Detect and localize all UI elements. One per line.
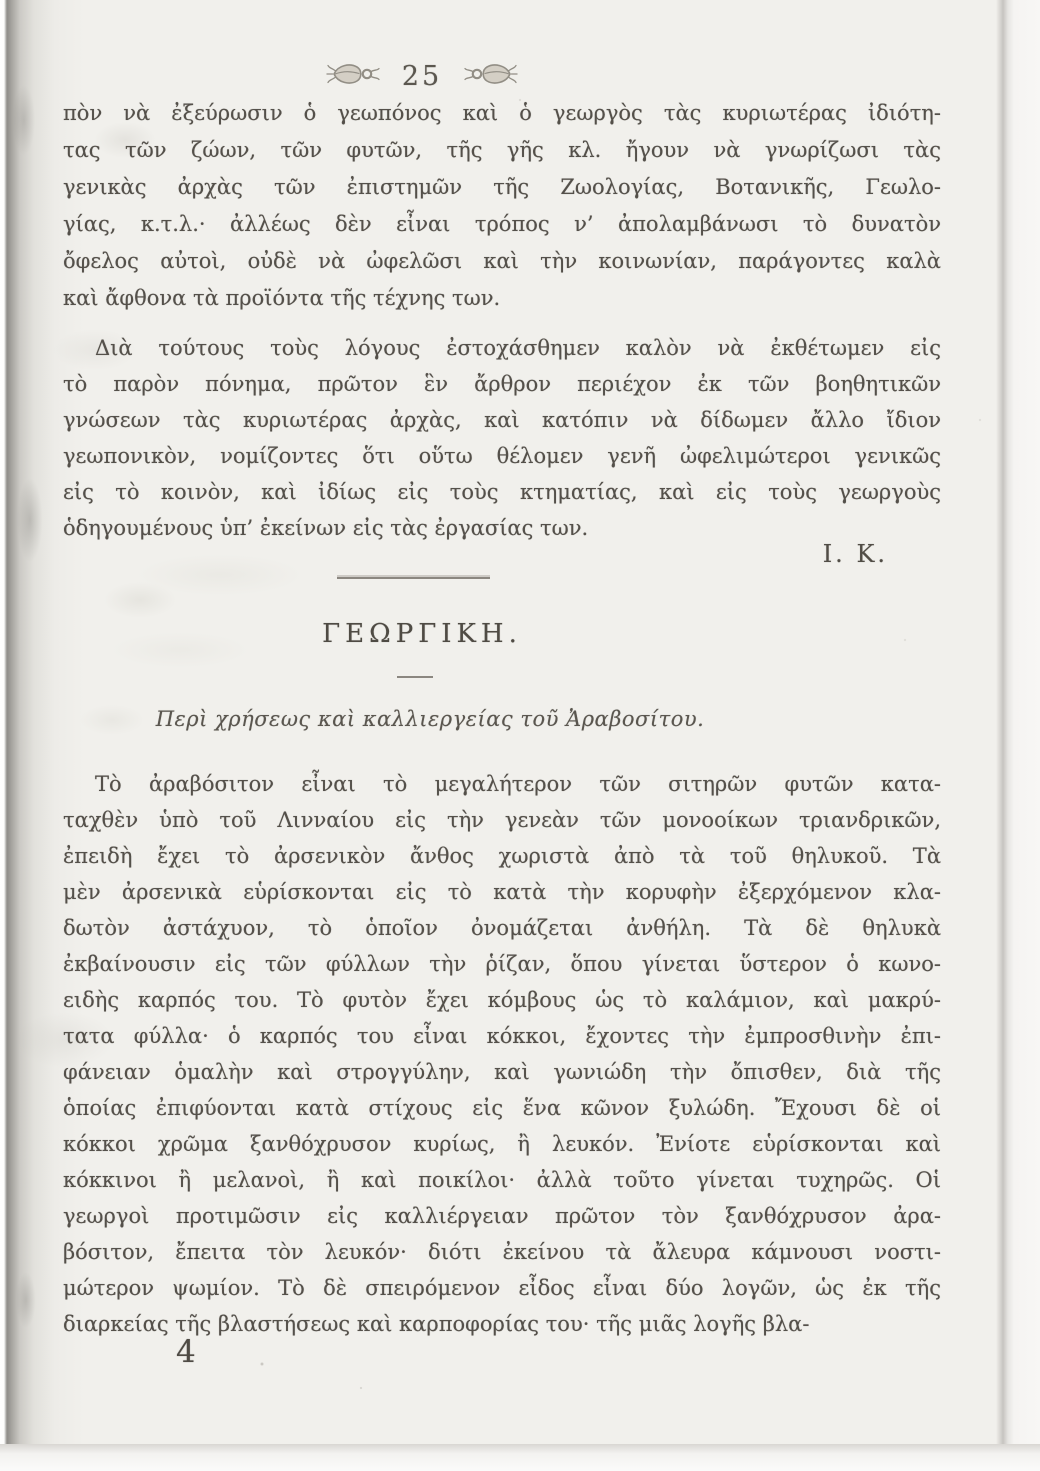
page-bottom-edge (0, 1444, 1040, 1471)
text-line: Τὸ ἀραβόσιτον εἶναι τὸ μεγαλήτερον τῶν σ… (63, 766, 941, 802)
text-line: γεωργοὶ προτιμῶσιν εἰς καλλιέργειαν πρῶτ… (63, 1198, 941, 1234)
text-line: γενικὰς ἀρχὰς τῶν ἐπιστημῶν τῆς Ζωολογία… (63, 169, 941, 206)
text-line: κόκκοι χρῶμα ξανθόχρυσον κυρίως, ἢ λευκό… (63, 1126, 941, 1162)
signature-mark: 4 (176, 1334, 196, 1370)
text-line: ειδὴς καρπός του. Τὸ φυτὸν ἔχει κόμβους … (63, 982, 941, 1018)
section-subtitle: Περὶ χρήσεως καὶ καλλιεργείας τοῦ Ἀραβοσ… (8, 702, 852, 736)
text-line: ἐκβαίνουσιν εἰς τῶν φύλλων τὴν ῥίζαν, ὅπ… (63, 946, 941, 982)
page-header: 25 (0, 54, 844, 98)
text-line: ἐπειδὴ ἔχει τὸ ἀρσενικὸν ἄνθος χωριστὰ ἀ… (63, 838, 941, 874)
text-line: ὁποίας ἐπιφύονται κατὰ στίχους εἰς ἕνα κ… (63, 1090, 941, 1126)
intro-paragraph-1: πὸν νὰ ἐξεύρωσιν ὁ γεωπόνος καὶ ὁ γεωργὸ… (63, 95, 941, 317)
intro-paragraph-2: Διὰ τούτους τοὺς λόγους ἐστοχάσθημεν καλ… (63, 330, 941, 546)
separator-rule (337, 577, 490, 579)
text-line: τατα φύλλα· ὁ καρπός του εἶναι κόκκοι, ἔ… (63, 1018, 941, 1054)
short-rule (397, 676, 433, 678)
text-line: κόκκινοι ἢ μελανοὶ, ἢ καὶ ποικίλοι· ἀλλὰ… (63, 1162, 941, 1198)
text-line: γνώσεων τὰς κυριωτέρας ἀρχὰς, καὶ κατόπι… (63, 402, 941, 438)
text-line: καὶ ἄφθονα τὰ προϊόντα τῆς τέχνης των. (63, 280, 941, 317)
fleuron-icon (464, 60, 518, 92)
text-line: ὁδηγουμένους ὑπ’ ἐκείνων εἰς τὰς ἐργασία… (63, 510, 941, 546)
text-line: γίας, κ.τ.λ.· ἀλλέως δὲν εἶναι τρόπος ν’… (63, 206, 941, 243)
text-line: τας τῶν ζώων, τῶν φυτῶν, τῆς γῆς κλ. ἤγο… (63, 132, 941, 169)
scanned-book-page: 25 πὸν νὰ ἐξεύρωσιν ὁ γεωπόνος καὶ ὁ γεω… (0, 0, 1040, 1471)
fleuron-icon (326, 60, 380, 92)
text-line: Διὰ τούτους τοὺς λόγους ἐστοχάσθημεν καλ… (63, 330, 941, 366)
text-line: μώτερον ψωμίον. Τὸ δὲ σπειρόμενον εἶδος … (63, 1270, 941, 1306)
article-paragraph-1: Τὸ ἀραβόσιτον εἶναι τὸ μεγαλήτερον τῶν σ… (63, 766, 941, 1342)
text-line: ταχθὲν ὑπὸ τοῦ Λινναίου εἰς τὴν γενεὰν τ… (63, 802, 941, 838)
text-line: μὲν ἀρσενικὰ εὑρίσκονται εἰς τὸ κατὰ τὴν… (63, 874, 941, 910)
text-line: γεωπονικὸν, νομίζοντες ὅτι οὕτω θέλομεν … (63, 438, 941, 474)
text-line: ὄφελος αὐτοὶ, οὐδὲ νὰ ὠφελῶσι καὶ τὴν κο… (63, 243, 941, 280)
page-number: 25 (402, 61, 442, 92)
author-initials: Ι. Κ. (823, 540, 888, 568)
text-line: βόσιτον, ἔπειτα τὸν λευκόν· διότι ἐκείνο… (63, 1234, 941, 1270)
text-line: εἰς τὸ κοινὸν, καὶ ἰδίως εἰς τοὺς κτηματ… (63, 474, 941, 510)
text-line: φάνειαν ὁμαλὴν καὶ στρογγύλην, καὶ γωνιώ… (63, 1054, 941, 1090)
section-title: ΓΕΩΡΓΙΚΗ. (0, 616, 844, 652)
text-line: τὸ παρὸν πόνημα, πρῶτον ἓν ἄρθρον περιέχ… (63, 366, 941, 402)
text-line: πὸν νὰ ἐξεύρωσιν ὁ γεωπόνος καὶ ὁ γεωργὸ… (63, 95, 941, 132)
text-line: δωτὸν ἀστάχυον, τὸ ὁποῖον ὀνομάζεται ἀνθ… (63, 910, 941, 946)
